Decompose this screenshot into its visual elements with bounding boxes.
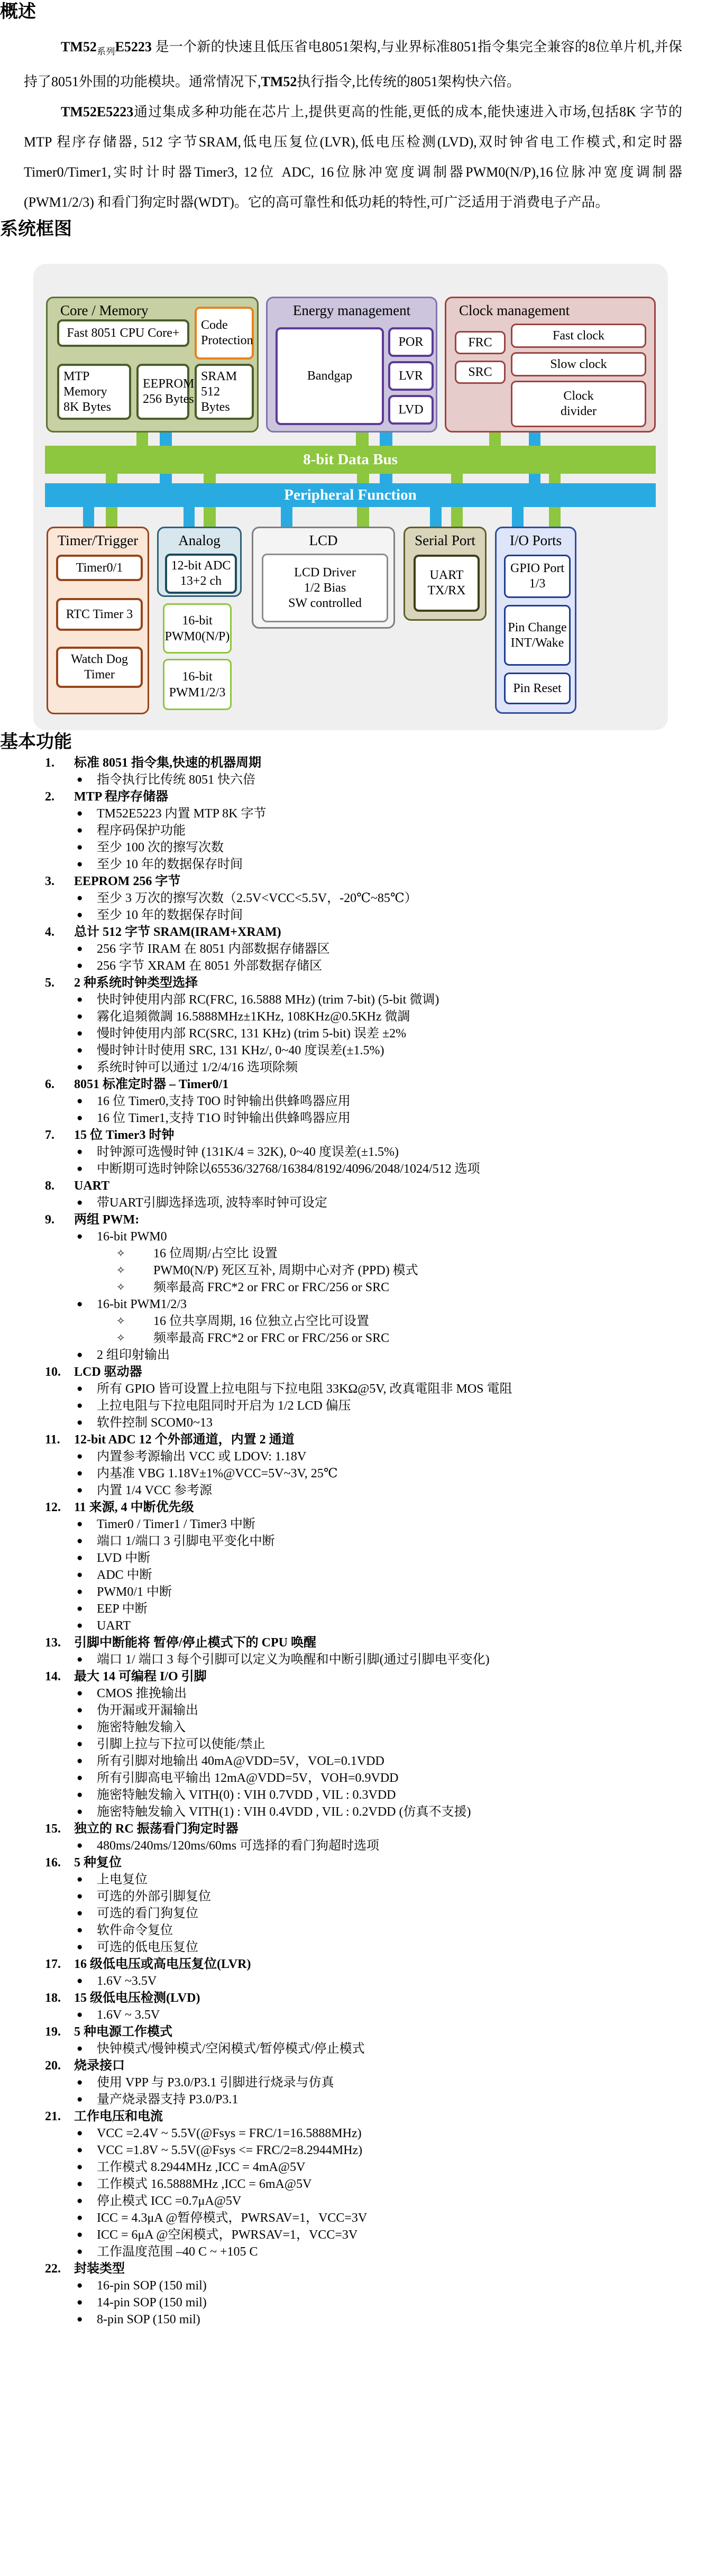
feature-heading: 9. 两组 PWM: <box>45 1211 685 1228</box>
feature-bullet: ●霧化追頻微調 16.5888MHz±1KHz, 108KHz@0.5KHz 微… <box>45 1008 685 1025</box>
bullet-text: CMOS 推挽输出 <box>97 1685 187 1702</box>
feature-bullet: ●程序码保护功能 <box>45 822 685 839</box>
feature-number: 7. <box>45 1127 74 1144</box>
data-bus-label: 8-bit Data Bus <box>303 451 398 468</box>
pwm123-box: 16-bit PWM1/2/3 <box>163 659 232 710</box>
feature-bullet: ●至少 10 年的数据保存时间 <box>45 907 685 924</box>
overview-paragraph-2: TM52E5223通过集成多种功能在芯片上,提供更高的性能,更低的成本,能快速进… <box>24 97 682 217</box>
bullet-dot-icon: ● <box>77 2142 97 2159</box>
feature-number: 10. <box>45 1364 74 1381</box>
bullet-text: EEP 中断 <box>97 1600 148 1617</box>
adc-box: 12-bit ADC 13+2 ch <box>165 554 237 594</box>
features-list: 1. 标准 8051 指令集,快速的机器周期 ●指令执行比传统 8051 快六倍… <box>0 755 706 2328</box>
feature-bullet: ●16-bit PWM1/2/3 <box>45 1296 685 1313</box>
bullet-text: 中断期可选时钟除以65536/32768/16384/8192/4096/204… <box>97 1161 480 1177</box>
feature-heading: 8. UART <box>45 1177 685 1194</box>
bullet-dot-icon: ● <box>77 1414 97 1431</box>
bullet-dot-icon: ● <box>77 2210 97 2227</box>
feature-bullet: ●CMOS 推挽输出 <box>45 1685 685 1702</box>
feature-bullet: ●伪开漏或开漏输出 <box>45 1702 685 1719</box>
bullet-dot-icon: ● <box>77 1584 97 1600</box>
bus-connector <box>136 433 148 447</box>
feature-number: 17. <box>45 1956 74 1973</box>
bullet-dot-icon: ● <box>77 1888 97 1905</box>
bus-connector <box>281 506 292 528</box>
bullet-dot-icon: ● <box>77 1042 97 1059</box>
bullet-text: LVD 中断 <box>97 1550 150 1567</box>
bullet-dot-icon: ● <box>77 907 97 924</box>
feature-heading: 1. 标准 8051 指令集,快速的机器周期 <box>45 755 685 771</box>
feature-number: 9. <box>45 1211 74 1228</box>
feature-number: 22. <box>45 2260 74 2277</box>
feature-bullet: ●所有 GPIO 皆可设置上拉电阻与下拉电阻 33KΩ@5V, 改真電阻非 MO… <box>45 1381 685 1397</box>
feature-title: 最大 14 可编程 I/O 引脚 <box>74 1668 207 1685</box>
feature-bullets: ●Timer0 / Timer1 / Timer3 中断●端口 1/端口 3 引… <box>45 1516 685 1634</box>
feature-number: 6. <box>45 1076 74 1093</box>
bullet-dot-icon: ● <box>77 2159 97 2176</box>
bullet-text: 施密特触发输入 <box>97 1719 186 1736</box>
feature-bullet: ●带UART引脚选择选项, 波特率时钟可设定 <box>45 1194 685 1211</box>
feature-bullet: ●指令执行比传统 8051 快六倍 <box>45 771 685 788</box>
feature-bullet: ●内基准 VBG 1.18V±1%@VCC=5V~3V, 25℃ <box>45 1465 685 1482</box>
bullet-text: 可选的外部引脚复位 <box>97 1888 211 1905</box>
bullet-dot-icon: ● <box>77 805 97 822</box>
feature-bullet: ●施密特触发输入 VITH(0) : VIH 0.7VDD , VIL : 0.… <box>45 1787 685 1804</box>
feature-heading: 15. 独立的 RC 振荡看门狗定时器 <box>45 1820 685 1837</box>
data-bus: 8-bit Data Bus <box>45 446 656 474</box>
bullet-dot-icon: ● <box>77 1753 97 1770</box>
sram-box: SRAM 512 Bytes <box>195 364 254 420</box>
feature-heading: 19. 5 种电源工作模式 <box>45 2023 685 2040</box>
bullet-dot-icon: ● <box>77 1837 97 1854</box>
bullet-text: 可选的看门狗复位 <box>97 1905 198 1922</box>
frc-box: FRC <box>455 331 506 354</box>
feature-bullet: ●慢时钟计时使用 SRC, 131 KHz/, 0~40 度误差(±1.5%) <box>45 1042 685 1059</box>
feature-number: 19. <box>45 2023 74 2040</box>
feature-bullet: ●施密特触发输入 VITH(1) : VIH 0.4VDD , VIL : 0.… <box>45 1804 685 1820</box>
feature-bullets: ●所有 GPIO 皆可设置上拉电阻与下拉电阻 33KΩ@5V, 改真電阻非 MO… <box>45 1381 685 1431</box>
bullet-dot-icon: ● <box>77 1516 97 1533</box>
bullet-text: Timer0 / Timer1 / Timer3 中断 <box>97 1516 255 1533</box>
feature-item: 5. 2 种系统时钟类型选择 ●快时钟使用内部 RC(FRC, 16.5888 … <box>45 974 685 1076</box>
bullet-dot-icon: ● <box>77 1736 97 1753</box>
feature-bullet: ●2 组印射输出 <box>45 1347 685 1364</box>
feature-bullet: ●1.6V ~3.5V <box>45 1973 685 1990</box>
feature-bullet: ●1.6V ~ 3.5V <box>45 2007 685 2023</box>
feature-bullet: ●PWM0/1 中断 <box>45 1584 685 1600</box>
feature-number: 16. <box>45 1854 74 1871</box>
bullet-dot-icon: ● <box>77 771 97 788</box>
feature-bullet: ●内置参考源输出 VCC 或 LDOV: 1.18V <box>45 1448 685 1465</box>
bullet-dot-icon: ● <box>77 1381 97 1397</box>
bullet-dot-icon: ● <box>77 1617 97 1634</box>
feature-heading: 6. 8051 标准定时器 – Timer0/1 <box>45 1076 685 1093</box>
feature-number: 13. <box>45 1634 74 1651</box>
feature-heading: 14. 最大 14 可编程 I/O 引脚 <box>45 1668 685 1685</box>
feature-bullet: ●256 字节 IRAM 在 8051 内部数据存储器区 <box>45 941 685 958</box>
feature-bullets: ●内置参考源输出 VCC 或 LDOV: 1.18V●内基准 VBG 1.18V… <box>45 1448 685 1499</box>
feature-bullet: ●UART <box>45 1617 685 1634</box>
bullet-text: 16 位 Timer1,支持 T1O 时钟输出供蜂鸣器应用 <box>97 1110 351 1127</box>
feature-bullet: ●中断期可选时钟除以65536/32768/16384/8192/4096/20… <box>45 1161 685 1177</box>
bullet-text: VCC =2.4V ~ 5.5V(@Fsys = FRC/1=16.5888MH… <box>97 2125 362 2142</box>
bullet-text: ICC = 6μA @空闲模式，PWRSAV=1，VCC=3V <box>97 2227 357 2243</box>
feature-bullet: ●480ms/240ms/120ms/60ms 可选择的看门狗超时选项 <box>45 1837 685 1854</box>
feature-item: 10. LCD 驱动器 ●所有 GPIO 皆可设置上拉电阻与下拉电阻 33KΩ@… <box>45 1364 685 1431</box>
bullet-text: 慢时钟计时使用 SRC, 131 KHz/, 0~40 度误差(±1.5%) <box>97 1042 384 1059</box>
mtp-memory-box: MTP Memory 8K Bytes <box>57 364 131 420</box>
feature-bullet: ●ICC = 4.3μA @暂停模式，PWRSAV=1，VCC=3V <box>45 2210 685 2227</box>
feature-heading: 22. 封装类型 <box>45 2260 685 2277</box>
feature-number: 18. <box>45 1990 74 2007</box>
feature-bullet: ●施密特触发输入 <box>45 1719 685 1736</box>
pin-reset-box: Pin Reset <box>504 673 571 704</box>
feature-number: 3. <box>45 873 74 890</box>
overview-paragraphs: TM52系列E5223 是一个新的快速且低压省电8051架构,与业界标准8051… <box>24 32 682 217</box>
feature-bullets: ●TM52E5223 内置 MTP 8K 字节●程序码保护功能●至少 100 次… <box>45 805 685 873</box>
bullet-text: 引脚上拉与下拉可以使能/禁止 <box>97 1736 265 1753</box>
bullet-text: PWM0(N/P) 死区互补, 周期中心对齐 (PPD) 模式 <box>153 1262 418 1279</box>
feature-bullet: ●量产烧录器支持 P3.0/P3.1 <box>45 2091 685 2108</box>
bullet-dot-icon: ● <box>77 1939 97 1956</box>
bus-connector <box>489 433 501 447</box>
bullet-dot-icon: ● <box>77 1533 97 1550</box>
bandgap-box: Bandgap <box>276 327 384 425</box>
feature-bullet: ●VCC =2.4V ~ 5.5V(@Fsys = FRC/1=16.5888M… <box>45 2125 685 2142</box>
bullet-dot-icon: ● <box>77 1093 97 1110</box>
overview-heading: 概述 <box>0 0 706 24</box>
slow-clock-box: Slow clock <box>511 352 646 376</box>
bullet-text: 快时钟使用内部 RC(FRC, 16.5888 MHz) (trim 7-bit… <box>97 991 439 1008</box>
feature-bullets: ●CMOS 推挽输出●伪开漏或开漏输出●施密特触发输入●引脚上拉与下拉可以使能/… <box>45 1685 685 1820</box>
feature-item: 11. 12-bit ADC 12 个外部通道，内置 2 通道 ●内置参考源输出… <box>45 1431 685 1499</box>
feature-item: 6. 8051 标准定时器 – Timer0/1 ●16 位 Timer0,支持… <box>45 1076 685 1127</box>
feature-number: 15. <box>45 1820 74 1837</box>
bus-connector <box>430 506 442 528</box>
bullet-dot-icon: ● <box>77 1702 97 1719</box>
bullet-text: 480ms/240ms/120ms/60ms 可选择的看门狗超时选项 <box>97 1837 379 1854</box>
feature-bullets: ●VCC =2.4V ~ 5.5V(@Fsys = FRC/1=16.5888M… <box>45 2125 685 2260</box>
io-ports-group: I/O Ports GPIO Port 1/3 Pin Change INT/W… <box>495 527 576 714</box>
feature-bullets: ●16-bit PWM0✧16 位周期/占空比 设置✧PWM0(N/P) 死区互… <box>45 1228 685 1364</box>
feature-bullet: ●至少 100 次的擦写次数 <box>45 839 685 856</box>
feature-sub-bullet: ✧16 位共享周期, 16 位独立占空比可设置 <box>45 1313 685 1330</box>
bullet-dot-icon: ● <box>77 2193 97 2210</box>
bullet-text: 内置参考源输出 VCC 或 LDOV: 1.18V <box>97 1448 306 1465</box>
feature-heading: 5. 2 种系统时钟类型选择 <box>45 974 685 991</box>
feature-bullets: ●带UART引脚选择选项, 波特率时钟可设定 <box>45 1194 685 1211</box>
rtc-timer3-box: RTC Timer 3 <box>56 598 143 631</box>
bullet-text: 所有引脚高电平输出 12mA@VDD=5V，VOH=0.9VDD <box>97 1770 399 1787</box>
bullet-dot-icon: ● <box>77 958 97 974</box>
serial-port-label: Serial Port <box>405 528 485 549</box>
analog-label: Analog <box>159 528 240 549</box>
feature-heading: 21. 工作电压和电流 <box>45 2108 685 2125</box>
feature-bullet: ●端口 1/ 端口 3 每个引脚可以定义为唤醒和中断引脚(通过引脚电平变化) <box>45 1651 685 1668</box>
bullet-text: 施密特触发输入 VITH(1) : VIH 0.4VDD , VIL : 0.2… <box>97 1804 471 1820</box>
feature-title: 12-bit ADC 12 个外部通道，内置 2 通道 <box>74 1431 295 1448</box>
feature-heading: 11. 12-bit ADC 12 个外部通道，内置 2 通道 <box>45 1431 685 1448</box>
feature-bullet: ●工作温度范围 –40 C ~ +105 C <box>45 2243 685 2260</box>
bullet-dot-icon: ● <box>77 856 97 873</box>
bullet-dot-icon: ● <box>77 1110 97 1127</box>
feature-title: 11 来源, 4 中断优先级 <box>74 1499 194 1516</box>
feature-title: 8051 标准定时器 – Timer0/1 <box>74 1076 228 1093</box>
bullet-dot-icon: ● <box>77 2294 97 2311</box>
bullet-dot-icon: ● <box>77 890 97 907</box>
bullet-dot-icon: ● <box>77 1347 97 1364</box>
feature-sub-bullet: ✧频率最高 FRC*2 or FRC or FRC/256 or SRC <box>45 1279 685 1296</box>
feature-bullet: ●快时钟使用内部 RC(FRC, 16.5888 MHz) (trim 7-bi… <box>45 991 685 1008</box>
feature-bullets: ●端口 1/ 端口 3 每个引脚可以定义为唤醒和中断引脚(通过引脚电平变化) <box>45 1651 685 1668</box>
chip-name: TM52 <box>61 39 97 54</box>
chip-model: E5223 <box>115 39 152 54</box>
bullet-text: 霧化追頻微調 16.5888MHz±1KHz, 108KHz@0.5KHz 微調 <box>97 1008 410 1025</box>
chip-model: TM52E5223 <box>61 104 133 119</box>
feature-bullet: ●8-pin SOP (150 mil) <box>45 2311 685 2328</box>
pin-change-box: Pin Change INT/Wake <box>504 605 571 666</box>
feature-heading: 16. 5 种复位 <box>45 1854 685 1871</box>
feature-heading: 10. LCD 驱动器 <box>45 1364 685 1381</box>
feature-heading: 3. EEPROM 256 字节 <box>45 873 685 890</box>
pwm0-box: 16-bit PWM0(N/P) <box>163 603 232 654</box>
feature-bullet: ●14-pin SOP (150 mil) <box>45 2294 685 2311</box>
bullet-text: 带UART引脚选择选项, 波特率时钟可设定 <box>97 1194 327 1211</box>
feature-item: 21. 工作电压和电流 ●VCC =2.4V ~ 5.5V(@Fsys = FR… <box>45 2108 685 2260</box>
feature-item: 16. 5 种复位 ●上电复位●可选的外部引脚复位●可选的看门狗复位●软件命令复… <box>45 1854 685 1956</box>
feature-heading: 17. 16 级低电压或高电压复位(LVR) <box>45 1956 685 1973</box>
feature-number: 20. <box>45 2057 74 2074</box>
feature-heading: 18. 15 级低电压检测(LVD) <box>45 1990 685 2007</box>
por-box: POR <box>388 327 434 357</box>
bullet-text: 内基准 VBG 1.18V±1%@VCC=5V~3V, 25℃ <box>97 1465 338 1482</box>
feature-bullet: ●LVD 中断 <box>45 1550 685 1567</box>
feature-item: 2. MTP 程序存储器 ●TM52E5223 内置 MTP 8K 字节●程序码… <box>45 788 685 873</box>
watchdog-timer-box: Watch Dog Timer <box>56 647 143 688</box>
bullet-text: 256 字节 XRAM 在 8051 外部数据存储区 <box>97 958 322 974</box>
feature-bullets: ●快钟模式/慢钟模式/空闲模式/暂停模式/停止模式 <box>45 2040 685 2057</box>
feature-title: 2 种系统时钟类型选择 <box>74 974 198 991</box>
bullet-text: 端口 1/端口 3 引脚电平变化中断 <box>97 1533 275 1550</box>
feature-bullet: ●软件命令复位 <box>45 1922 685 1939</box>
bullet-dot-icon: ● <box>77 1905 97 1922</box>
bullet-text: 至少 10 年的数据保存时间 <box>97 907 243 924</box>
feature-title: 总计 512 字节 SRAM(IRAM+XRAM) <box>74 924 281 941</box>
feature-bullet: ●软件控制 SCOM0~13 <box>45 1414 685 1431</box>
feature-title: 封装类型 <box>74 2260 125 2277</box>
bullet-text: VCC =1.8V ~ 5.5V(@Fsys <= FRC/2=8.2944MH… <box>97 2142 362 2159</box>
feature-sub-bullet: ✧16 位周期/占空比 设置 <box>45 1245 685 1262</box>
feature-title: 两组 PWM: <box>74 1211 139 1228</box>
lcd-label: LCD <box>253 528 393 549</box>
feature-heading: 12. 11 来源, 4 中断优先级 <box>45 1499 685 1516</box>
feature-bullet: ●所有引脚高电平输出 12mA@VDD=5V，VOH=0.9VDD <box>45 1770 685 1787</box>
feature-item: 17. 16 级低电压或高电压复位(LVR) ●1.6V ~3.5V <box>45 1956 685 1990</box>
bullet-dot-icon: ● <box>77 1465 97 1482</box>
bullet-text: 16-bit PWM0 <box>97 1228 167 1245</box>
bullet-text: 8-pin SOP (150 mil) <box>97 2311 200 2328</box>
diamond-bullet-icon: ✧ <box>116 1245 153 1262</box>
bullet-text: 2 组印射输出 <box>97 1347 170 1364</box>
feature-item: 1. 标准 8051 指令集,快速的机器周期 ●指令执行比传统 8051 快六倍 <box>45 755 685 788</box>
bullet-dot-icon: ● <box>77 1804 97 1820</box>
feature-title: 15 级低电压检测(LVD) <box>74 1990 200 2007</box>
feature-bullet: ●系统时钟可以通过 1/2/4/16 选项除频 <box>45 1059 685 1076</box>
bullet-text: 慢时钟使用内部 RC(SRC, 131 KHz) (trim 5-bit) 误差… <box>97 1025 406 1042</box>
bullet-text: PWM0/1 中断 <box>97 1584 172 1600</box>
feature-bullet: ●16 位 Timer1,支持 T1O 时钟输出供蜂鸣器应用 <box>45 1110 685 1127</box>
feature-number: 4. <box>45 924 74 941</box>
feature-number: 21. <box>45 2108 74 2125</box>
feature-title: MTP 程序存储器 <box>74 788 168 805</box>
analog-group: Analog 12-bit ADC 13+2 ch <box>157 527 242 597</box>
bullet-dot-icon: ● <box>77 1871 97 1888</box>
feature-bullet: ●停止模式 ICC =0.7μA@5V <box>45 2193 685 2210</box>
feature-title: UART <box>74 1177 109 1194</box>
feature-bullet: ●慢时钟使用内部 RC(SRC, 131 KHz) (trim 5-bit) 误… <box>45 1025 685 1042</box>
feature-heading: 20. 烧录接口 <box>45 2057 685 2074</box>
bus-connector <box>356 433 369 447</box>
feature-item: 8. UART ●带UART引脚选择选项, 波特率时钟可设定 <box>45 1177 685 1211</box>
bullet-text: 16 位周期/占空比 设置 <box>153 1245 278 1262</box>
lvr-box: LVR <box>388 361 434 391</box>
bullet-dot-icon: ● <box>77 1550 97 1567</box>
bullet-text: 至少 100 次的擦写次数 <box>97 839 224 856</box>
energy-management-group: Energy management Bandgap POR LVR LVD <box>266 297 437 433</box>
feature-bullet: ●至少 3 万次的擦写次数（2.5V<VCC<5.5V，-20℃~85℃） <box>45 890 685 907</box>
bullet-text: ADC 中断 <box>97 1567 152 1584</box>
bullet-dot-icon: ● <box>77 1651 97 1668</box>
feature-bullet: ●16-pin SOP (150 mil) <box>45 2277 685 2294</box>
bullet-text: 伪开漏或开漏输出 <box>97 1702 198 1719</box>
feature-item: 7. 15 位 Timer3 时钟 ●时钟源可选慢时钟 (131K/4 = 32… <box>45 1127 685 1177</box>
bullet-text: UART <box>97 1617 131 1634</box>
feature-bullet: ●快钟模式/慢钟模式/空闲模式/暂停模式/停止模式 <box>45 2040 685 2057</box>
bullet-dot-icon: ● <box>77 1228 97 1245</box>
feature-heading: 2. MTP 程序存储器 <box>45 788 685 805</box>
series-subscript: 系列 <box>97 47 115 57</box>
feature-bullet: ●16 位 Timer0,支持 T0O 时钟输出供蜂鸣器应用 <box>45 1093 685 1110</box>
bullet-dot-icon: ● <box>77 2074 97 2091</box>
feature-bullet: ●工作模式 8.2944MHz ,ICC = 4mA@5V <box>45 2159 685 2176</box>
bullet-text: 量产烧录器支持 P3.0/P3.1 <box>97 2091 238 2108</box>
diamond-bullet-icon: ✧ <box>116 1262 153 1279</box>
bullet-text: 至少 10 年的数据保存时间 <box>97 856 243 873</box>
diamond-bullet-icon: ✧ <box>116 1279 153 1296</box>
paragraph-text: 执行指令,比传统的8051架构快六倍。 <box>297 74 520 89</box>
clock-management-group: Clock management FRC SRC Fast clock Slow… <box>445 297 656 433</box>
chip-name: TM52 <box>261 74 297 89</box>
bullet-dot-icon: ● <box>77 1008 97 1025</box>
bullet-text: 端口 1/ 端口 3 每个引脚可以定义为唤醒和中断引脚(通过引脚电平变化) <box>97 1651 490 1668</box>
bullet-text: 16 位共享周期, 16 位独立占空比可设置 <box>153 1313 369 1330</box>
bullet-dot-icon: ● <box>77 1482 97 1499</box>
feature-heading: 13. 引脚中断能将 暂停/停止模式下的 CPU 唤醒 <box>45 1634 685 1651</box>
bullet-dot-icon: ● <box>77 1787 97 1804</box>
bullet-text: 工作温度范围 –40 C ~ +105 C <box>97 2243 258 2260</box>
bullet-dot-icon: ● <box>77 1194 97 1211</box>
feature-number: 8. <box>45 1177 74 1194</box>
feature-bullets: ●16-pin SOP (150 mil)●14-pin SOP (150 mi… <box>45 2277 685 2328</box>
feature-bullet: ●端口 1/端口 3 引脚电平变化中断 <box>45 1533 685 1550</box>
feature-number: 2. <box>45 788 74 805</box>
bullet-dot-icon: ● <box>77 2125 97 2142</box>
bullet-dot-icon: ● <box>77 1161 97 1177</box>
feature-bullet: ●工作模式 16.5888MHz ,ICC = 6mA@5V <box>45 2176 685 2193</box>
bullet-text: 内置 1/4 VCC 参考源 <box>97 1482 212 1499</box>
bullet-dot-icon: ● <box>77 1600 97 1617</box>
bullet-text: 频率最高 FRC*2 or FRC or FRC/256 or SRC <box>153 1330 389 1347</box>
bullet-dot-icon: ● <box>77 2091 97 2108</box>
feature-bullets: ●快时钟使用内部 RC(FRC, 16.5888 MHz) (trim 7-bi… <box>45 991 685 1076</box>
serial-port-group: Serial Port UART TX/RX <box>404 527 487 621</box>
cpu-core-box: Fast 8051 CPU Core+ <box>57 319 189 347</box>
feature-bullets: ●使用 VPP 与 P3.0/P3.1 引脚进行烧录与仿真●量产烧录器支持 P3… <box>45 2074 685 2108</box>
feature-bullet: ●所有引脚对地输出 40mA@VDD=5V，VOL=0.1VDD <box>45 1753 685 1770</box>
feature-sub-bullet: ✧频率最高 FRC*2 or FRC or FRC/256 or SRC <box>45 1330 685 1347</box>
code-protection-box: Code Protection <box>195 307 254 360</box>
bullet-dot-icon: ● <box>77 1567 97 1584</box>
bullet-dot-icon: ● <box>77 1719 97 1736</box>
feature-bullets: ●1.6V ~3.5V <box>45 1973 685 1990</box>
eeprom-box: EEPROM 256 Bytes <box>136 364 189 420</box>
energy-management-label: Energy management <box>268 298 436 319</box>
bullet-dot-icon: ● <box>77 2277 97 2294</box>
feature-bullet: ●上拉电阻与下拉电阻同时开启为 1/2 LCD 偏压 <box>45 1397 685 1414</box>
feature-bullet: ●至少 10 年的数据保存时间 <box>45 856 685 873</box>
feature-bullet: ●ICC = 6μA @空闲模式，PWRSAV=1，VCC=3V <box>45 2227 685 2243</box>
feature-item: 3. EEPROM 256 字节 ●至少 3 万次的擦写次数（2.5V<VCC<… <box>45 873 685 924</box>
feature-item: 13. 引脚中断能将 暂停/停止模式下的 CPU 唤醒 ●端口 1/ 端口 3 … <box>45 1634 685 1668</box>
diagram-heading: 系统框图 <box>0 217 706 242</box>
bottom-whitespace <box>0 2328 706 2487</box>
feature-bullet: ●可选的外部引脚复位 <box>45 1888 685 1905</box>
bullet-dot-icon: ● <box>77 2176 97 2193</box>
feature-item: 4. 总计 512 字节 SRAM(IRAM+XRAM) ●256 字节 IRA… <box>45 924 685 974</box>
bullet-dot-icon: ● <box>77 2311 97 2328</box>
features-heading: 基本功能 <box>0 730 706 755</box>
bullet-dot-icon: ● <box>77 941 97 958</box>
feature-title: 独立的 RC 振荡看门狗定时器 <box>74 1820 239 1837</box>
diamond-bullet-icon: ✧ <box>116 1313 153 1330</box>
feature-title: LCD 驱动器 <box>74 1364 142 1381</box>
feature-bullet: ●使用 VPP 与 P3.0/P3.1 引脚进行烧录与仿真 <box>45 2074 685 2091</box>
bullet-dot-icon: ● <box>77 822 97 839</box>
bullet-dot-icon: ● <box>77 1144 97 1161</box>
feature-bullet: ●ADC 中断 <box>45 1567 685 1584</box>
lvd-box: LVD <box>388 395 434 425</box>
bullet-text: 至少 3 万次的擦写次数（2.5V<VCC<5.5V，-20℃~85℃） <box>97 890 417 907</box>
feature-item: 19. 5 种电源工作模式 ●快钟模式/慢钟模式/空闲模式/暂停模式/停止模式 <box>45 2023 685 2057</box>
feature-item: 18. 15 级低电压检测(LVD) ●1.6V ~ 3.5V <box>45 1990 685 2023</box>
core-memory-group: Core / Memory Fast 8051 CPU Core+ Code P… <box>46 297 259 433</box>
diamond-bullet-icon: ✧ <box>116 1330 153 1347</box>
bullet-text: 1.6V ~3.5V <box>97 1973 157 1990</box>
feature-bullet: ●Timer0 / Timer1 / Timer3 中断 <box>45 1516 685 1533</box>
feature-bullets: ●指令执行比传统 8051 快六倍 <box>45 771 685 788</box>
bus-connector <box>83 506 94 528</box>
bullet-text: 施密特触发输入 VITH(0) : VIH 0.7VDD , VIL : 0.3… <box>97 1787 396 1804</box>
bullet-text: 16-pin SOP (150 mil) <box>97 2277 207 2294</box>
feature-item: 12. 11 来源, 4 中断优先级 ●Timer0 / Timer1 / Ti… <box>45 1499 685 1634</box>
bullet-dot-icon: ● <box>77 1025 97 1042</box>
bullet-text: 软件命令复位 <box>97 1922 173 1939</box>
bullet-text: 程序码保护功能 <box>97 822 186 839</box>
feature-number: 1. <box>45 755 74 771</box>
bullet-text: 工作模式 16.5888MHz ,ICC = 6mA@5V <box>97 2176 311 2193</box>
feature-title: 5 种电源工作模式 <box>74 2023 172 2040</box>
bus-connector <box>184 506 195 528</box>
